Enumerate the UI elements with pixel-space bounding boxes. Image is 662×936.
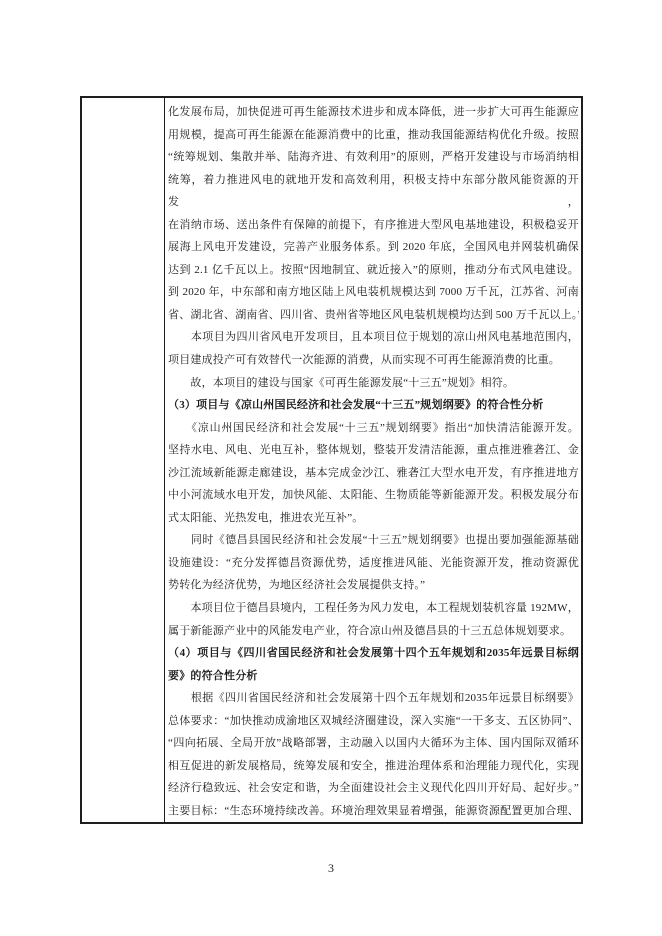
text-line: 统筹，着力推进风电的就地开发和高效利用，积极支持中东部分散风能资源的开发， (168, 169, 579, 214)
text-line: 中小河流域水电开发，加快风能、太阳能、生物质能等新能源开发。积极发展分布 (168, 484, 579, 507)
text-line: 要》的符合性分析 (168, 665, 579, 688)
text-line: 经济行稳致远、社会安定和谐，为全面建设社会主义现代化四川开好局、起好步。” (168, 777, 579, 800)
document-page: 化发展布局，加快促进可再生能源技术进步和成本降低，进一步扩大可再生能源应用规模，… (0, 0, 662, 936)
text-line: 同时《德昌县国民经济和社会发展“十三五”规划纲要》也提出要加强能源基础 (168, 529, 579, 552)
page-number: 3 (0, 861, 662, 876)
text-line: 本项目位于德昌县境内，工程任务为风力发电，本工程规划装机容量 192MW， (168, 597, 579, 620)
table-label-cell (82, 98, 165, 822)
text-line: 故，本项目的建设与国家《可再生能源发展“十三五”规划》相符。 (168, 372, 579, 395)
text-line: 在消纳市场、送出条件有保障的前提下，有序推进大型风电基地建设，积极稳妥开 (168, 214, 579, 237)
table-content-cell: 化发展布局，加快促进可再生能源技术进步和成本降低，进一步扩大可再生能源应用规模，… (165, 98, 581, 822)
text-line: 设施建设：“充分发挥德昌资源优势，适度推进风能、光能资源开发，推动资源优 (168, 552, 579, 575)
text-line: 相互促进的新发展格局，统筹发展和安全，推进治理体系和治理能力现代化，实现 (168, 755, 579, 778)
text-line: 省、湖北省、湖南省、四川省、贵州省等地区风电装机规模均达到 500 万千瓦以上。… (168, 304, 579, 327)
text-line: 主要目标：“生态环境持续改善。环境治理效果显着增强，能源资源配置更加合理、 (168, 800, 579, 822)
text-line: 式太阳能、光热发电，推进农光互补”。 (168, 507, 579, 530)
text-line: （3）项目与《凉山州国民经济和社会发展“十三五”规划纲要》的符合性分析 (168, 394, 579, 417)
text-line: 达到 2.1 亿千瓦以上。按照“因地制宜、就近接入”的原则，推动分布式风电建设。 (168, 259, 579, 282)
text-line: 化发展布局，加快促进可再生能源技术进步和成本降低，进一步扩大可再生能源应 (168, 101, 579, 124)
text-line: 沙江流域新能源走廊建设，基本完成金沙江、雅砻江大型水电开发，有序推进地方 (168, 462, 579, 485)
text-line: 展海上风电开发建设，完善产业服务体系。到 2020 年底，全国风电并网装机确保 (168, 236, 579, 259)
text-line: （4）项目与《四川省国民经济和社会发展第十四个五年规划和2035年远景目标纲 (168, 642, 579, 665)
compliance-analysis-table: 化发展布局，加快促进可再生能源技术进步和成本降低，进一步扩大可再生能源应用规模，… (80, 96, 583, 824)
text-line: 势转化为经济优势，为地区经济社会发展提供支持。” (168, 574, 579, 597)
text-line: 坚持水电、风电、光电互补，整体规划，整装开发清洁能源，重点推进雅砻江、金 (168, 439, 579, 462)
text-line: 项目建成投产可有效替代一次能源的消费，从而实现不可再生能源消费的比重。 (168, 349, 579, 372)
text-line: “四向拓展、全局开放”战略部署，主动融入以国内大循环为主体、国内国际双循环 (168, 732, 579, 755)
text-line: 用规模，提高可再生能源在能源消费中的比重，推动我国能源结构优化升级。按照 (168, 124, 579, 147)
text-line: 本项目为四川省风电开发项目，且本项目位于规划的凉山州风电基地范围内， (168, 326, 579, 349)
text-line: 属于新能源产业中的风能发电产业，符合凉山州及德昌县的十三五总体规划要求。 (168, 620, 579, 643)
text-line: “统筹规划、集散并举、陆海齐进、有效利用”的原则，严格开发建设与市场消纳相 (168, 146, 579, 169)
text-line: 到 2020 年，中东部和南方地区陆上风电装机规模达到 7000 万千瓦，江苏省… (168, 281, 579, 304)
text-line: 《凉山州国民经济和社会发展“十三五”规划纲要》指出“加快清洁能源开发。 (168, 417, 579, 440)
text-line: 总体要求：“加快推动成渝地区双城经济圈建设，深入实施“一干多支、五区协同”、 (168, 710, 579, 733)
text-line: 根据《四川省国民经济和社会发展第十四个五年规划和2035年远景目标纲要》 (168, 687, 579, 710)
